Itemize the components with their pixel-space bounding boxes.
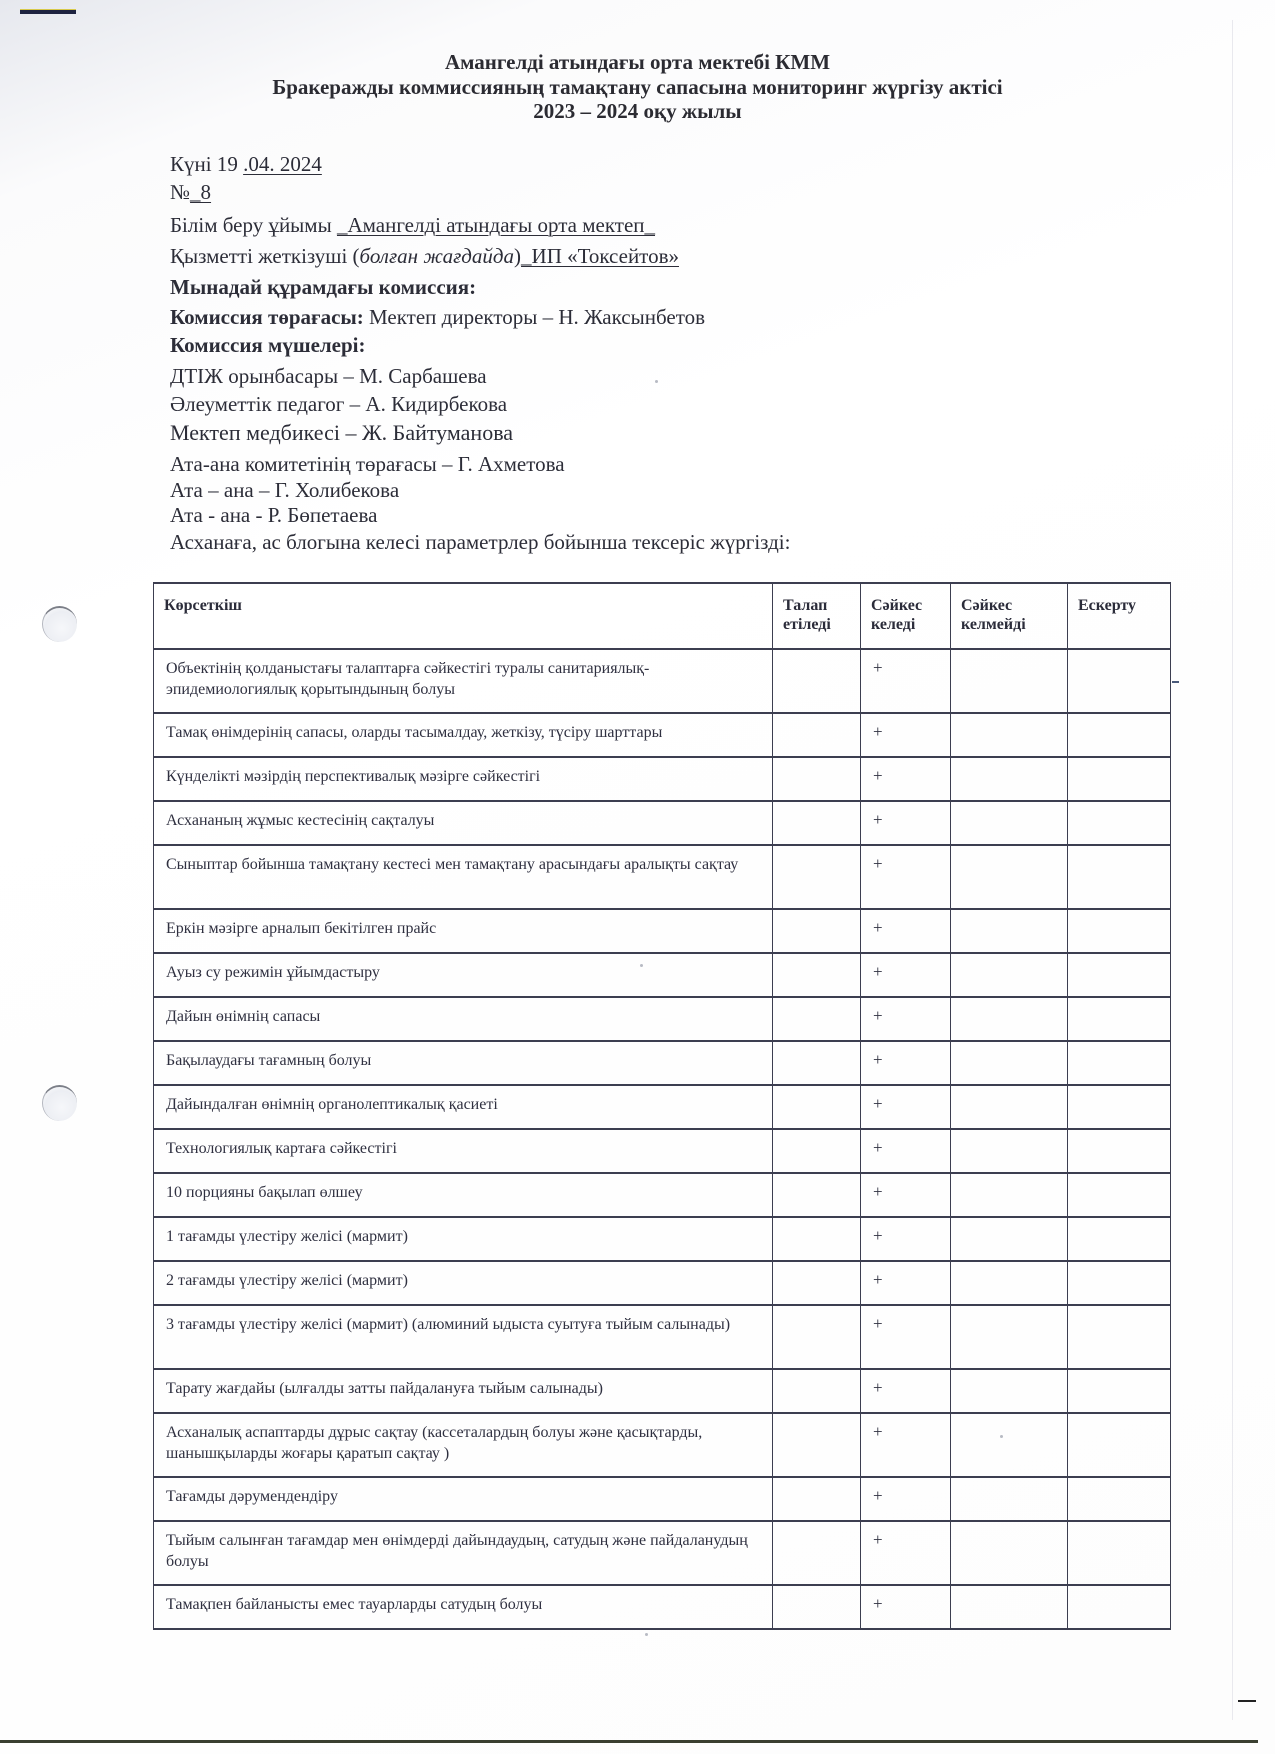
noncompliant-cell [951, 1413, 1068, 1477]
note-cell [1068, 1521, 1171, 1585]
table-row: Тыйым салынған тағамдар мен өнімдерді да… [154, 1521, 1171, 1585]
document-title-year: 2023 – 2024 оқу жылы [0, 99, 1275, 124]
note-cell [1068, 713, 1171, 757]
indicator-cell: Еркін мәзірге арналып бекітілген прайс [154, 909, 773, 953]
required-cell [773, 1477, 861, 1521]
compliant-cell: + [861, 1085, 951, 1129]
indicator-cell: Асхананың жұмыс кестесінің сақталуы [154, 801, 773, 845]
compliant-cell: + [861, 801, 951, 845]
note-cell [1068, 649, 1171, 713]
noncompliant-cell [951, 1261, 1068, 1305]
table-row: Күнделікті мәзірдің перспективалық мәзір… [154, 757, 1171, 801]
inspection-table: Көрсеткіш Талап етіледі Сәйкес келеді Сә… [153, 582, 1171, 1630]
table-row: Тағамды дәрумендендіру+ [154, 1477, 1171, 1521]
scan-artifact-tick [1238, 1700, 1256, 1702]
required-cell [773, 649, 861, 713]
number-label: № [170, 180, 190, 204]
noncompliant-cell [951, 1585, 1068, 1629]
column-header-note: Ескерту [1068, 583, 1171, 649]
compliant-cell: + [861, 1173, 951, 1217]
table-row: Еркін мәзірге арналып бекітілген прайс+ [154, 909, 1171, 953]
indicator-cell: 1 тағамды үлестіру желісі (мармит) [154, 1217, 773, 1261]
compliant-cell: + [861, 1369, 951, 1413]
commission-member: Ата – ана – Г. Холибекова [170, 478, 399, 503]
note-cell [1068, 953, 1171, 997]
table-row: Тарату жағдайы (ылғалды затты пайдалануғ… [154, 1369, 1171, 1413]
table-row: Тамақ өнімдерінің сапасы, оларды тасымал… [154, 713, 1171, 757]
supplier-line: Қызметті жеткізуші (болған жағдайда)_ИП … [170, 244, 679, 269]
compliant-cell: + [861, 1585, 951, 1629]
column-header-indicator: Көрсеткіш [154, 583, 773, 649]
indicator-cell: Ауыз су режимін ұйымдастыру [154, 953, 773, 997]
compliant-cell: + [861, 713, 951, 757]
compliant-cell: + [861, 757, 951, 801]
noncompliant-cell [951, 1129, 1068, 1173]
noncompliant-cell [951, 1085, 1068, 1129]
table-header-row: Көрсеткіш Талап етіледі Сәйкес келеді Сә… [154, 583, 1171, 649]
compliant-cell: + [861, 1261, 951, 1305]
punch-hole-icon [42, 606, 77, 642]
compliant-cell: + [861, 1477, 951, 1521]
compliant-cell: + [861, 845, 951, 909]
commission-composition-heading: Мынадай құрамдағы комиссия: [170, 275, 476, 300]
compliant-cell: + [861, 1129, 951, 1173]
noncompliant-cell [951, 997, 1068, 1041]
table-row: Ауыз су режимін ұйымдастыру+ [154, 953, 1171, 997]
noncompliant-cell [951, 1173, 1068, 1217]
table-row: 2 тағамды үлестіру желісі (мармит)+ [154, 1261, 1171, 1305]
required-cell [773, 1261, 861, 1305]
date-line: Күні 19 .04. 2024 [170, 152, 322, 177]
note-cell [1068, 1173, 1171, 1217]
table-row: Асханалық аспаптарды дұрыс сақтау (кассе… [154, 1413, 1171, 1477]
compliant-cell: + [861, 1041, 951, 1085]
required-cell [773, 1369, 861, 1413]
required-cell [773, 845, 861, 909]
table-row: Дайындалған өнімнің органолептикалық қас… [154, 1085, 1171, 1129]
table-row: 10 порцияны бақылап өлшеу+ [154, 1173, 1171, 1217]
organization-value: _Амангелді атындағы орта мектеп_ [337, 213, 655, 237]
table-row: 3 тағамды үлестіру желісі (мармит) (алюм… [154, 1305, 1171, 1369]
page-edge [0, 1740, 1258, 1743]
number-line: №_8 [170, 180, 211, 205]
scan-speck [645, 1633, 648, 1636]
commission-member: Ата - ана - Р. Бөпетаева [170, 503, 377, 528]
noncompliant-cell [951, 1217, 1068, 1261]
supplier-label: Қызметті жеткізуші ( [170, 244, 360, 268]
document-title-school: Амангелді атындағы орта мектебі КММ [0, 50, 1275, 75]
table-row: 1 тағамды үлестіру желісі (мармит)+ [154, 1217, 1171, 1261]
noncompliant-cell [951, 757, 1068, 801]
scan-artifact-tick [1172, 681, 1179, 683]
indicator-cell: Тамақ өнімдерінің сапасы, оларды тасымал… [154, 713, 773, 757]
noncompliant-cell [951, 1477, 1068, 1521]
inspection-intro: Асханаға, ас блогына келесі параметрлер … [170, 530, 790, 555]
scan-artifact-mark [20, 9, 76, 14]
table-row: Бақылаудағы тағамның болуы+ [154, 1041, 1171, 1085]
organization-line: Білім беру ұйымы _Амангелді атындағы орт… [170, 213, 655, 238]
table-row: Асхананың жұмыс кестесінің сақталуы+ [154, 801, 1171, 845]
note-cell [1068, 1129, 1171, 1173]
compliant-cell: + [861, 1305, 951, 1369]
required-cell [773, 1085, 861, 1129]
compliant-cell: + [861, 953, 951, 997]
compliant-cell: + [861, 649, 951, 713]
required-cell [773, 1041, 861, 1085]
noncompliant-cell [951, 649, 1068, 713]
number-value: _8 [190, 180, 211, 204]
date-value: .04. 2024 [243, 152, 322, 176]
indicator-cell: Объектінің қолданыстағы талаптарға сәйке… [154, 649, 773, 713]
note-cell [1068, 801, 1171, 845]
noncompliant-cell [951, 1041, 1068, 1085]
table-row: Объектінің қолданыстағы талаптарға сәйке… [154, 649, 1171, 713]
note-cell [1068, 845, 1171, 909]
supplier-value: _ИП «Токсейтов» [521, 244, 679, 268]
compliant-cell: + [861, 1521, 951, 1585]
required-cell [773, 801, 861, 845]
indicator-cell: Сыныптар бойынша тамақтану кестесі мен т… [154, 845, 773, 909]
required-cell [773, 1413, 861, 1477]
required-cell [773, 997, 861, 1041]
column-header-compliant: Сәйкес келеді [861, 583, 951, 649]
table-body: Объектінің қолданыстағы талаптарға сәйке… [154, 649, 1171, 1629]
note-cell [1068, 1585, 1171, 1629]
supplier-condition: болған жағдайда [360, 244, 514, 268]
indicator-cell: Бақылаудағы тағамның болуы [154, 1041, 773, 1085]
indicator-cell: Тағамды дәрумендендіру [154, 1477, 773, 1521]
indicator-cell: Күнделікті мәзірдің перспективалық мәзір… [154, 757, 773, 801]
required-cell [773, 909, 861, 953]
compliant-cell: + [861, 909, 951, 953]
indicator-cell: Дайын өнімнің сапасы [154, 997, 773, 1041]
commission-chair-value: Мектеп директоры – Н. Жаксынбетов [364, 305, 705, 329]
noncompliant-cell [951, 1305, 1068, 1369]
note-cell [1068, 1305, 1171, 1369]
table-row: Технологиялық картаға сәйкестігі+ [154, 1129, 1171, 1173]
required-cell [773, 1521, 861, 1585]
scan-artifact-line [1232, 20, 1233, 1720]
punch-hole-icon [42, 1085, 77, 1121]
required-cell [773, 713, 861, 757]
note-cell [1068, 1217, 1171, 1261]
indicator-cell: Дайындалған өнімнің органолептикалық қас… [154, 1085, 773, 1129]
note-cell [1068, 1085, 1171, 1129]
noncompliant-cell [951, 953, 1068, 997]
noncompliant-cell [951, 845, 1068, 909]
note-cell [1068, 1261, 1171, 1305]
column-header-noncompliant: Сәйкес келмейді [951, 583, 1068, 649]
noncompliant-cell [951, 1369, 1068, 1413]
commission-chair-line: Комиссия төрағасы: Мектеп директоры – Н.… [170, 305, 705, 330]
organization-label: Білім беру ұйымы [170, 213, 337, 237]
commission-chair-label: Комиссия төрағасы: [170, 305, 364, 329]
required-cell [773, 1129, 861, 1173]
indicator-cell: 3 тағамды үлестіру желісі (мармит) (алюм… [154, 1305, 773, 1369]
indicator-cell: Асханалық аспаптарды дұрыс сақтау (кассе… [154, 1413, 773, 1477]
indicator-cell: 10 порцияны бақылап өлшеу [154, 1173, 773, 1217]
note-cell [1068, 1041, 1171, 1085]
scan-speck [655, 380, 658, 383]
commission-member: Ата-ана комитетінің төрағасы – Г. Ахмето… [170, 452, 565, 477]
indicator-cell: Тарату жағдайы (ылғалды затты пайдалануғ… [154, 1369, 773, 1413]
commission-member: Әлеуметтік педагог – А. Кидирбекова [170, 392, 507, 417]
note-cell [1068, 997, 1171, 1041]
compliant-cell: + [861, 1217, 951, 1261]
commission-member: Мектеп медбикесі – Ж. Байтуманова [170, 420, 513, 446]
noncompliant-cell [951, 801, 1068, 845]
required-cell [773, 1173, 861, 1217]
commission-members-heading: Комиссия мүшелері: [170, 333, 366, 358]
noncompliant-cell [951, 909, 1068, 953]
noncompliant-cell [951, 1521, 1068, 1585]
note-cell [1068, 757, 1171, 801]
compliant-cell: + [861, 1413, 951, 1477]
note-cell [1068, 1369, 1171, 1413]
note-cell [1068, 909, 1171, 953]
required-cell [773, 953, 861, 997]
note-cell [1068, 1413, 1171, 1477]
required-cell [773, 1585, 861, 1629]
document-title-act: Бракеражды коммиссияның тамақтану сапасы… [0, 75, 1275, 100]
required-cell [773, 757, 861, 801]
table-row: Тамақпен байланысты емес тауарларды сату… [154, 1585, 1171, 1629]
commission-member: ДТІЖ орынбасары – М. Сарбашева [170, 364, 487, 389]
required-cell [773, 1305, 861, 1369]
note-cell [1068, 1477, 1171, 1521]
indicator-cell: Технологиялық картаға сәйкестігі [154, 1129, 773, 1173]
indicator-cell: Тыйым салынған тағамдар мен өнімдерді да… [154, 1521, 773, 1585]
noncompliant-cell [951, 713, 1068, 757]
table-row: Сыныптар бойынша тамақтану кестесі мен т… [154, 845, 1171, 909]
column-header-required: Талап етіледі [773, 583, 861, 649]
indicator-cell: 2 тағамды үлестіру желісі (мармит) [154, 1261, 773, 1305]
compliant-cell: + [861, 997, 951, 1041]
date-label: Күні 19 [170, 152, 243, 176]
supplier-paren: ) [514, 244, 521, 268]
indicator-cell: Тамақпен байланысты емес тауарларды сату… [154, 1585, 773, 1629]
required-cell [773, 1217, 861, 1261]
table-row: Дайын өнімнің сапасы+ [154, 997, 1171, 1041]
